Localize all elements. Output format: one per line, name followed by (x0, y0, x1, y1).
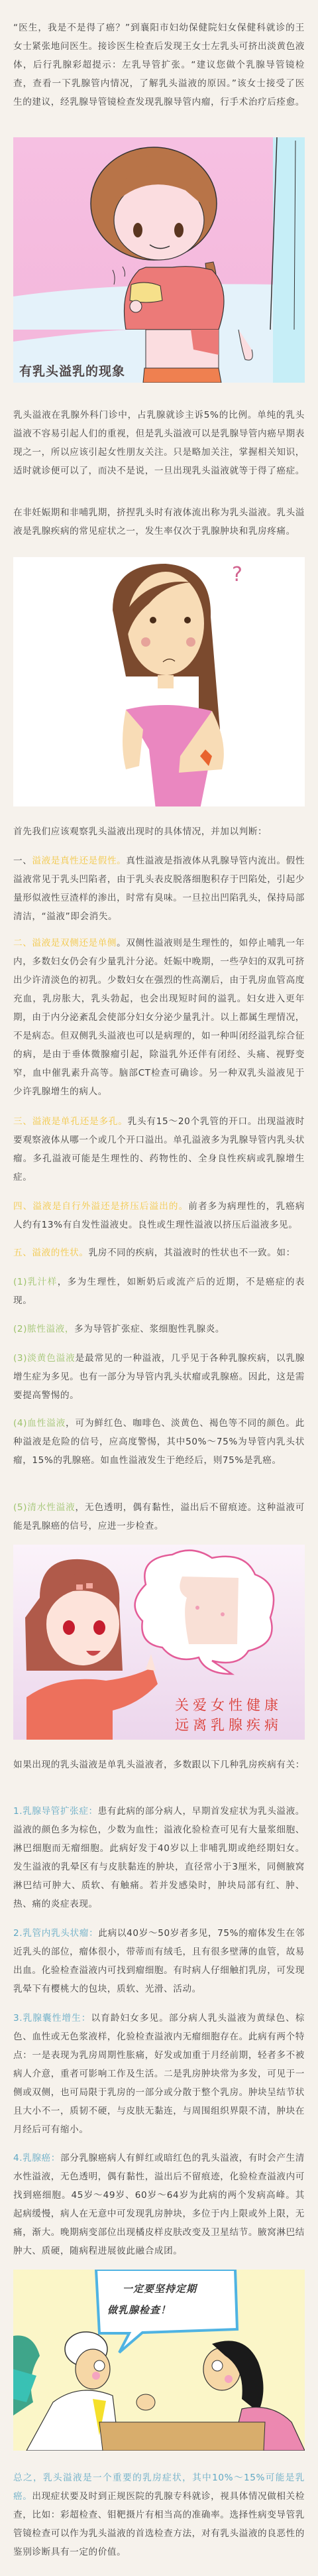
disease-body: 患有此病的部分病人，早期首发症状为乳头溢液。溢液的颜色多为棕色，少数为血性；溢液… (13, 1806, 305, 1909)
disease-intraductal-papilloma: 2.乳管内乳头状瘤：此病以40岁～50岁者多见，75%的瘤体发生在邻近乳头的部位… (13, 1924, 305, 1998)
image-caption: 有乳头溢乳的现象 (19, 361, 125, 379)
doctor-patient-icon (13, 2270, 305, 2451)
disease-cystic-hyperplasia: 3.乳腺囊性增生：以育龄妇女多见。部分病人乳头溢液为黄绿色、棕色、血性或无色浆液… (13, 2009, 305, 2139)
question-mark-icon: ? (232, 563, 242, 586)
girl-cartoon-icon (13, 137, 305, 330)
illustration-3: 关爱女性健康 远离乳腺疾病 (13, 1545, 305, 1740)
paragraph-statistics: 乳头溢液在乳腺外科门诊中，占乳腺就诊主诉5%的比例。单纯的乳头溢液不容易引起人们… (13, 406, 305, 480)
section-body: 乳房不同的疾病，其溢液时的性状也不一致。如： (89, 1248, 295, 1258)
property-body: 多为导管扩张症、浆细胞性乳腺炎。 (74, 1324, 225, 1334)
disease-body: 以育龄妇女多见。部分病人乳头溢液为黄绿色、棕色、血性或无色浆液样，化验检查溢液内… (13, 2013, 305, 2135)
disease-breast-cancer: 4.乳腺癌：部分乳腺癌病人有鲜红或暗红色的乳头溢液，有时会产生清水性溢液，无色透… (13, 2149, 305, 2260)
illustration-1-lower: 有乳头溢乳的现象 (13, 330, 305, 383)
disease-label: 1.乳腺导管扩张症： (13, 1806, 98, 1817)
property-label: (5)清水性溢液 (13, 1502, 76, 1513)
section-spontaneous-squeezed: 四、溢液是自行外溢还是挤压后溢出的。前者多为病理性的，乳癌病人约有13%有自发性… (13, 1197, 305, 1234)
property-pale-yellow: (3)淡黄色溢液是最常见的一种溢液，几乎见于各种乳腺疾病，以乳腺增生症为多见。也… (13, 1349, 305, 1405)
section-bilateral-unilateral: 二、溢液是双侧还是单侧。双侧性溢液则是生理性的，如停止哺乳一年内，多数妇女仍会有… (13, 934, 305, 1101)
speech-bubble-line1: 一定要坚持定期 (123, 2282, 197, 2295)
speech-bubble-line2: 做乳腺检查！ (107, 2303, 171, 2317)
property-body: ，多为生理性，如断奶后或流产后的近期，不是癌症的表现。 (13, 1277, 305, 1306)
section-single-multiple-pore: 三、溢液是单孔还是多孔。乳头有15～20个乳管的开口。出现溢液时要观察液体从哪一… (13, 1112, 305, 1187)
section-true-false-discharge: 一、溢液是真性还是假性。真性溢液是指液体从乳腺导管内流出。假性溢液常见于乳头凹陷… (13, 852, 305, 926)
section-title: 五、溢液的性状。 (13, 1248, 89, 1258)
property-label: (3)淡黄色溢液 (13, 1353, 76, 1364)
paragraph-definition: 在非妊娠期和非哺乳期，挤捏乳头时有液体流出称为乳头溢液。乳头溢液是乳腺疾病的常见… (13, 503, 305, 541)
disease-label: 3.乳腺囊性增生： (13, 2013, 91, 2024)
disease-label: 2.乳管内乳头状瘤： (13, 1928, 98, 1939)
property-label: (1)乳汁样 (13, 1277, 58, 1287)
disease-body: 部分乳腺癌病人有鲜红或暗红色的乳头溢液，有时会产生清水性溢液，无色透明，偶有黏性… (13, 2153, 305, 2256)
property-purulent: (2)脓性溢液，多为导管扩张症、浆细胞性乳腺炎。 (13, 1320, 305, 1338)
disease-duct-ectasia: 1.乳腺导管扩张症：患有此病的部分病人，早期首发症状为乳头溢液。溢液的颜色多为棕… (13, 1802, 305, 1913)
woman-question-icon: ? (13, 557, 305, 806)
image-caption-line1: 关爱女性健康 (175, 1695, 282, 1714)
section-title: 溢液是真性还是假性。 (32, 856, 126, 866)
property-label: (2)脓性溢液， (13, 1324, 74, 1334)
conclusion-body: 出现症状要及时到正规医院的乳腺专科就诊，视具体情况做相关检查，比如：彩超检查、钼… (13, 2491, 305, 2557)
property-milky: (1)乳汁样，多为生理性，如断奶后或流产后的近期，不是癌症的表现。 (13, 1273, 305, 1310)
section-title: 三、溢液是单孔还是多孔。 (13, 1116, 128, 1127)
section-discharge-properties: 五、溢液的性状。乳房不同的疾病，其溢液时的性状也不一致。如： (13, 1244, 305, 1262)
property-watery: (5)清水性溢液，无色透明，偶有黏性，溢出后不留痕迹。这种溢液可能是乳腺癌的信号… (13, 1498, 305, 1535)
property-label: (4)血性溢液 (13, 1418, 66, 1429)
section-title: 四、溢液是自行外溢还是挤压后溢出的。 (13, 1201, 188, 1212)
paragraph-single-intro: 如果出现的乳头溢液是单乳头溢液者，多数跟以下几种乳房疾病有关： (13, 1756, 305, 1774)
paragraph-judge-intro: 首先我们应该观察乳头溢液出现时的具体情况，并加以判断： (13, 822, 305, 841)
intro-paragraph: “医生，我是不是得了癌？”到襄阳市妇幼保健院妇女保健科就诊的王女士紧张地问医生。… (13, 19, 305, 111)
image-caption-line2: 远离乳腺疾病 (175, 1714, 282, 1734)
section-number: 一、 (13, 856, 32, 866)
illustration-2: ? (13, 557, 305, 806)
illustration-1 (13, 137, 305, 330)
paragraph-conclusion: 总之，乳头溢液是一个重要的乳房症状，其中10%～15%可能是乳癌。出现症状要及时… (13, 2469, 305, 2561)
section-body: 。双侧性溢液则是生理性的，如停止哺乳一年内，多数妇女仍会有少量乳汁分泌。妊娠中晚… (13, 938, 305, 1097)
illustration-4: 一定要坚持定期 做乳腺检查！ (13, 2270, 305, 2451)
disease-label: 4.乳腺癌： (13, 2153, 60, 2163)
property-bloody: (4)血性溢液，可为鲜红色、咖啡色、淡黄色、褐色等不同的颜色。此种溢液是危险的信… (13, 1414, 305, 1470)
section-title: 二、溢液是双侧还是单侧 (13, 938, 117, 948)
